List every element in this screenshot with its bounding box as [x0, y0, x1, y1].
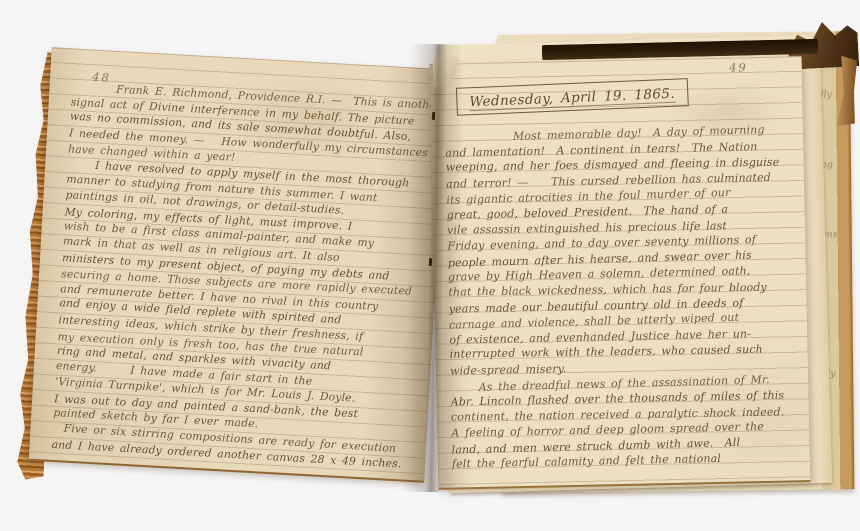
binding-stitch-icon [432, 112, 436, 120]
journal-page-left: 48 Frank E. Richmond, Providence R.I. — … [29, 47, 447, 480]
right-page-number: 49 [729, 60, 748, 74]
date-header: Wednesday, April 19. 1865. [469, 86, 675, 112]
journal-page-right: 49 Wednesday, April 19. 1865. Most memor… [430, 56, 811, 488]
binding-stitch-icon [429, 258, 433, 266]
left-page-text: Frank E. Richmond, Providence R.I. — Thi… [51, 78, 442, 476]
date-header-box: Wednesday, April 19. 1865. [456, 78, 689, 116]
open-journal: dlyingemsisadyill 505 48 Frank E. Richmo… [0, 0, 860, 531]
photo-background: dlyingemsisadyill 505 48 Frank E. Richmo… [0, 0, 860, 531]
right-page-text: Most memorable day! A day of mourningand… [445, 122, 806, 483]
